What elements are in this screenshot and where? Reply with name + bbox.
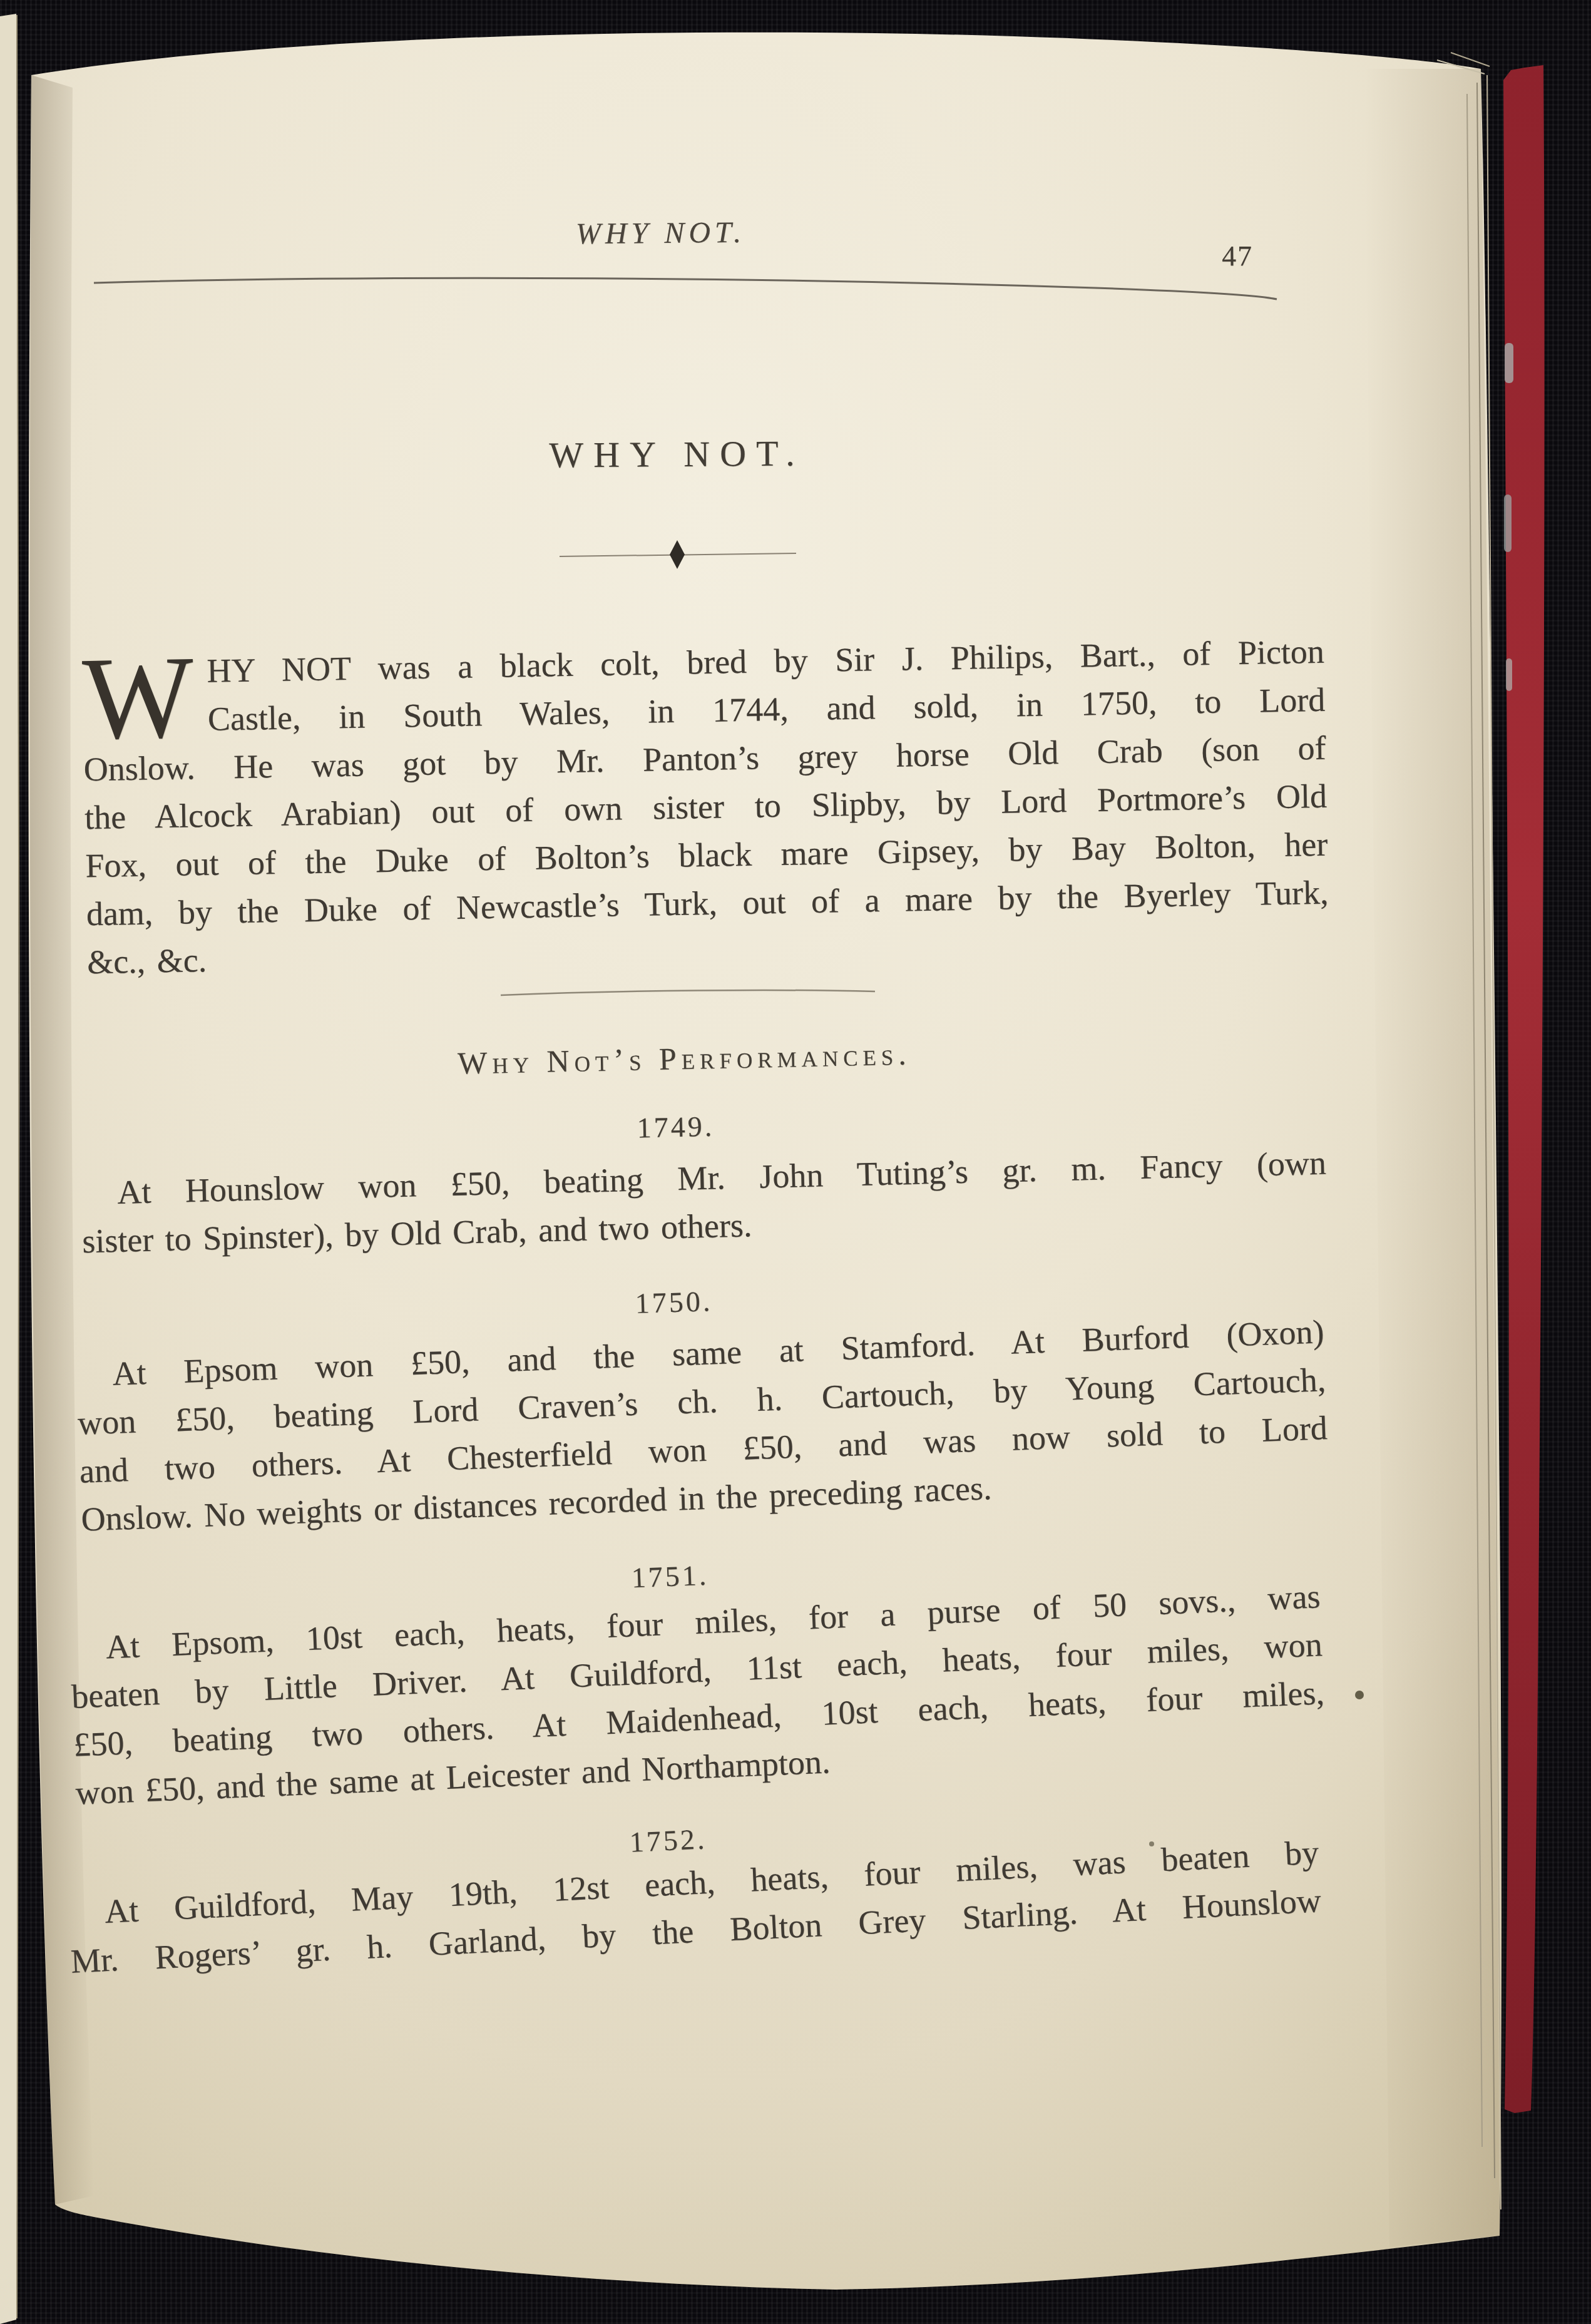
performances-heading: Why Not’s Performances. bbox=[63, 1027, 1306, 1090]
chapter-title: WHY NOT. bbox=[56, 429, 1298, 479]
photo-background: WHY NOT. 47 WHY NOT. W HY NOT was a blac… bbox=[0, 0, 1591, 2324]
drop-cap: W bbox=[82, 660, 195, 745]
page-content: WHY NOT. 47 WHY NOT. W HY NOT was a blac… bbox=[0, 0, 1591, 2324]
intro-paragraph: W HY NOT was a black colt, bred by Sir J… bbox=[81, 628, 1329, 987]
paragraph-1749: At Hounslow won £50, beating Mr. John Tu… bbox=[80, 1139, 1328, 1266]
running-header: WHY NOT. bbox=[39, 205, 1282, 261]
paragraph-1750: At Epsom won £50, and the same at Stamfo… bbox=[75, 1308, 1330, 1543]
paragraph-1751: At Epsom, 10st each, heats, four miles, … bbox=[68, 1572, 1327, 1817]
page-number: 47 bbox=[1222, 238, 1297, 272]
